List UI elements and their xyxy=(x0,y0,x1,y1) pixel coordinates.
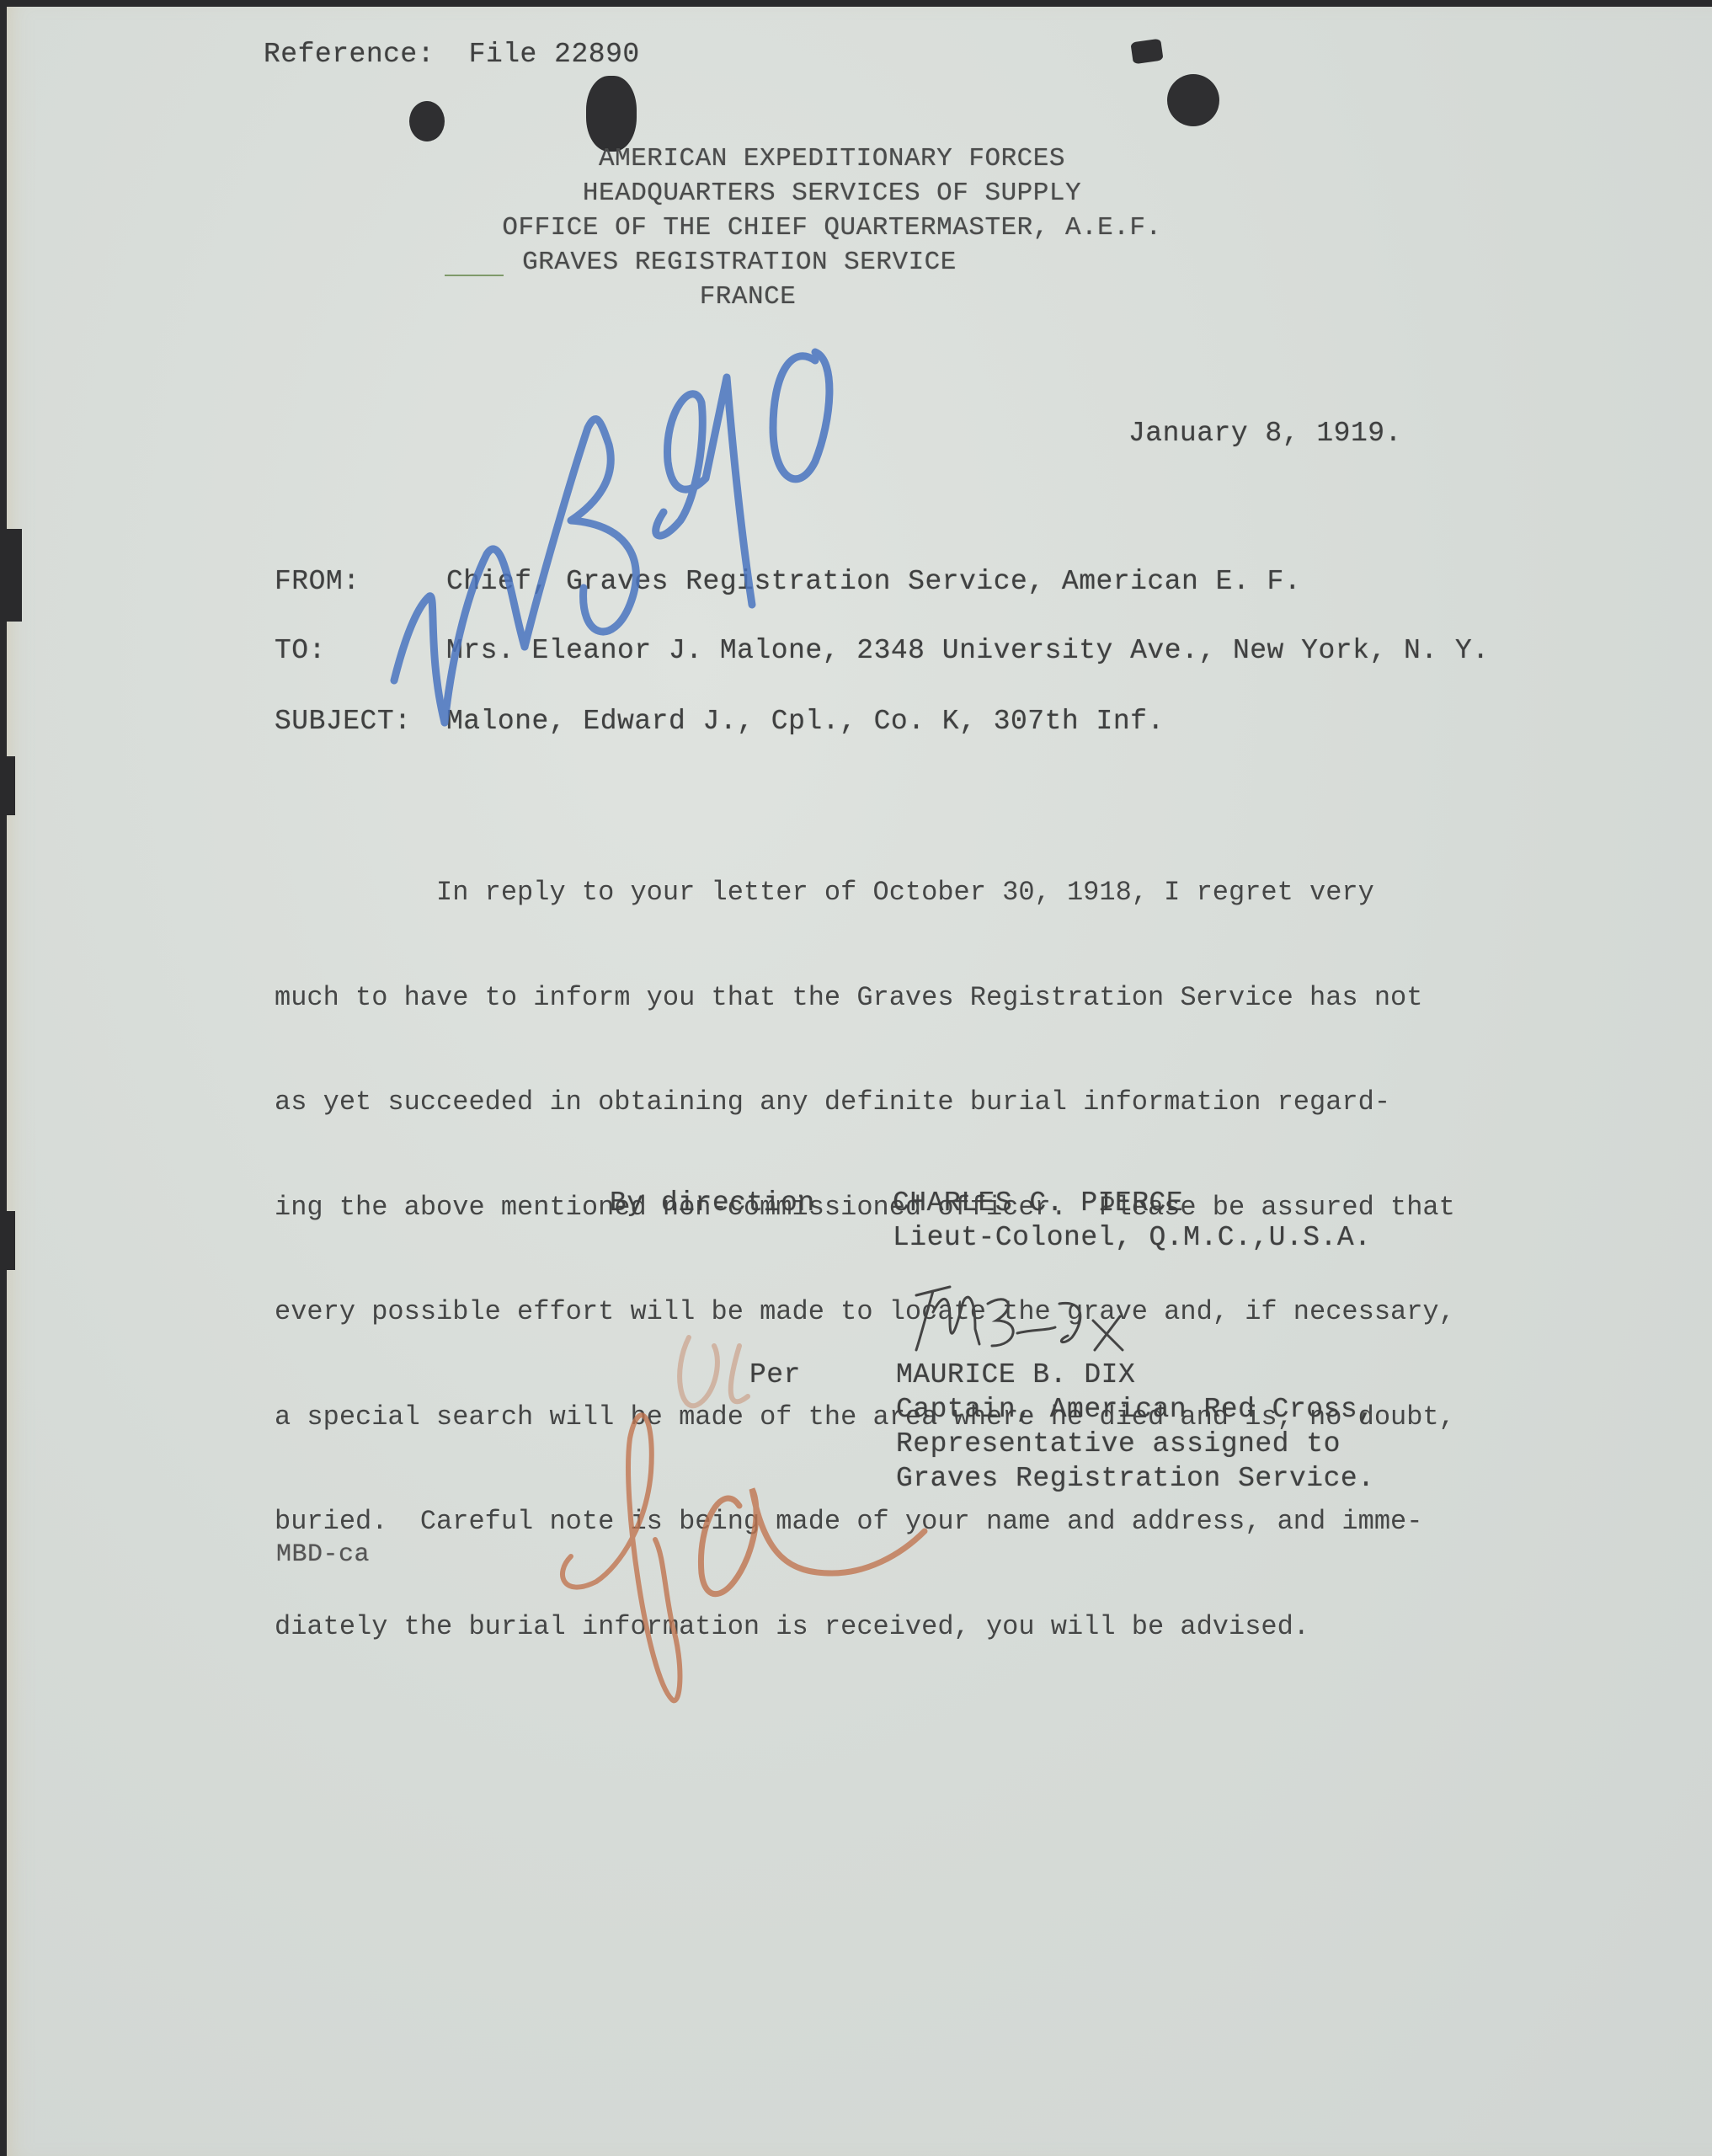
by-direction-label: By direction xyxy=(610,1186,815,1220)
per-title-line: Graves Registration Service. xyxy=(896,1461,1375,1496)
per-title-line: Representative assigned to xyxy=(896,1427,1341,1461)
letterhead: AMERICAN EXPEDITIONARY FORCES HEADQUARTE… xyxy=(327,141,1337,327)
punch-hole-icon xyxy=(1167,74,1219,126)
blue-pencil-file-number-icon xyxy=(377,327,1135,782)
letterhead-line: HEADQUARTERS SERVICES OF SUPPLY xyxy=(327,176,1337,211)
stray-mark xyxy=(445,275,504,276)
body-line: much to have to inform you that the Grav… xyxy=(275,980,1588,1016)
handwritten-signature-icon xyxy=(899,1270,1219,1363)
file-reference: Reference: File 22890 xyxy=(264,37,640,72)
letterhead-line: OFFICE OF THE CHIEF QUARTERMASTER, A.E.F… xyxy=(327,211,1337,245)
red-pencil-annotation-icon xyxy=(546,1304,933,1742)
edge-notch xyxy=(7,529,22,622)
document-page: Reference: File 22890 AMERICAN EXPEDITIO… xyxy=(7,7,1712,2156)
to-label: TO: xyxy=(275,633,326,668)
edge-notch xyxy=(7,1211,15,1270)
punch-hole-icon xyxy=(586,76,637,152)
typist-initials: MBD-ca xyxy=(276,1538,370,1572)
letterhead-line: GRAVES REGISTRATION SERVICE xyxy=(234,245,1245,280)
punch-hole-icon xyxy=(409,101,445,141)
signatory-name: CHARLES C. PIERCE xyxy=(893,1186,1183,1220)
letterhead-line: FRANCE xyxy=(243,280,1253,314)
body-line: In reply to your letter of October 30, 1… xyxy=(275,875,1588,910)
per-title-line: Captain, American Red Cross, xyxy=(896,1392,1375,1427)
body-line: as yet succeeded in obtaining any defini… xyxy=(275,1085,1588,1120)
from-label: FROM: xyxy=(275,564,360,599)
torn-corner-icon xyxy=(1130,39,1163,65)
letter-date: January 8, 1919. xyxy=(1128,416,1402,451)
edge-notch xyxy=(7,756,15,815)
letterhead-line: AMERICAN EXPEDITIONARY FORCES xyxy=(327,141,1337,176)
signatory-title: Lieut-Colonel, Q.M.C.,U.S.A. xyxy=(893,1220,1372,1255)
